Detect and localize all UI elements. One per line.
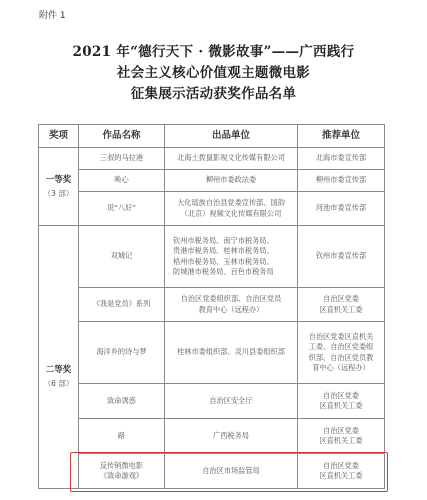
recommender: 自治区党委 区直机关工委	[298, 419, 385, 454]
award-count: （6 部）	[41, 377, 76, 390]
header-work-name: 作品名称	[79, 125, 165, 148]
recommender: 河池市委宣传部	[298, 192, 385, 226]
recommender-line: 育中心（远程办）	[300, 363, 382, 374]
recommender: 北海市委宣传部	[298, 148, 385, 170]
producer: 北海土拨鼠影视文化传媒有限公司	[165, 148, 298, 170]
header-recommender: 推荐单位	[298, 125, 385, 148]
recommender-line: 自治区党委区直机关	[300, 332, 382, 343]
producer: 自治区安全厅	[165, 384, 298, 419]
work-name: 双城记	[79, 226, 165, 288]
work-name: 唤心	[79, 170, 165, 192]
producer-line: 教育中心（远程办）	[167, 305, 295, 316]
recommender-line: 织部、自治区党员教	[300, 353, 382, 364]
work-name: 反传销微电影 《致命游戏》	[79, 454, 165, 489]
recommender-line: 自治区党委	[300, 391, 382, 402]
producer-line: 大化瑶族自治县党委宣传部、国韵	[167, 198, 295, 209]
recommender-line: 区直机关工委	[300, 471, 382, 482]
award-cell-first: 一等奖 （3 部）	[39, 148, 79, 226]
table-row: 唤心 柳州市委政法委 柳州市委宣传部	[39, 170, 385, 192]
recommender-line: 区直机关工委	[300, 305, 382, 316]
award-name: 二等奖	[41, 364, 76, 377]
table-row: 致命诱惑 自治区安全厅 自治区党委 区直机关工委	[39, 384, 385, 419]
producer: 广西税务局	[165, 419, 298, 454]
recommender-line: 自治区党委	[300, 426, 382, 437]
producer: 自治区市场监管局	[165, 454, 298, 489]
producer: 大化瑶族自治县党委宣传部、国韵 （北京）视频文化传媒有限公司	[165, 192, 298, 226]
recommender-line: 区直机关工委	[300, 401, 382, 412]
title-line-3: 征集展示活动获奖作品名单	[0, 84, 427, 105]
table-row: 说“八好” 大化瑶族自治县党委宣传部、国韵 （北京）视频文化传媒有限公司 河池市…	[39, 192, 385, 226]
header-producer: 出品单位	[165, 125, 298, 148]
producer: 柳州市委政法委	[165, 170, 298, 192]
title-line-2: 社会主义核心价值观主题微电影	[0, 63, 427, 84]
work-name: 《我是党员》系列	[79, 288, 165, 322]
work-name: 致命诱惑	[79, 384, 165, 419]
annex-label: 附件 1	[39, 8, 66, 21]
work-name: 说“八好”	[79, 192, 165, 226]
table-row: 二等奖 （6 部） 双城记 钦州市税务局、南宁市税务局、 贵港市税务局、桂林市税…	[39, 226, 385, 288]
recommender-line: 区直机关工委	[300, 436, 382, 447]
awards-table: 奖项 作品名称 出品单位 推荐单位 一等奖 （3 部） 三叔的马拉港 北海土拨鼠…	[38, 124, 385, 489]
producer-line: 钦州市税务局、南宁市税务局、	[173, 236, 295, 247]
table-row: 一等奖 （3 部） 三叔的马拉港 北海土拨鼠影视文化传媒有限公司 北海市委宣传部	[39, 148, 385, 170]
work-line: 《致命游戏》	[81, 471, 162, 482]
recommender: 自治区党委 区直机关工委	[298, 454, 385, 489]
award-cell-second: 二等奖 （6 部）	[39, 226, 79, 489]
recommender: 自治区党委 区直机关工委	[298, 288, 385, 322]
producer-line: 防城港市税务局、百色市税务局	[173, 267, 295, 278]
producer-line: （北京）视频文化传媒有限公司	[167, 209, 295, 220]
producer-line: 贵港市税务局、桂林市税务局、	[173, 246, 295, 257]
work-name: 海洋乡的诗与梦	[79, 322, 165, 384]
recommender-line: 自治区党委	[300, 461, 382, 472]
producer-line: 自治区党委组织部、自治区党员	[167, 294, 295, 305]
producer: 钦州市税务局、南宁市税务局、 贵港市税务局、桂林市税务局、 梧州市税务局、玉林市…	[165, 226, 298, 288]
producer: 自治区党委组织部、自治区党员 教育中心（远程办）	[165, 288, 298, 322]
table-header-row: 奖项 作品名称 出品单位 推荐单位	[39, 125, 385, 148]
table-row: 海洋乡的诗与梦 桂林市委组织部、灵川县委组织部 自治区党委区直机关 工委、自治区…	[39, 322, 385, 384]
table-row: 《我是党员》系列 自治区党委组织部、自治区党员 教育中心（远程办） 自治区党委 …	[39, 288, 385, 322]
recommender: 钦州市委宣传部	[298, 226, 385, 288]
award-name: 一等奖	[41, 174, 76, 187]
document-title: 2021 年“德行天下 · 微影故事”——广西践行 社会主义核心价值观主题微电影…	[0, 42, 427, 105]
table-row: 路 广西税务局 自治区党委 区直机关工委	[39, 419, 385, 454]
work-name: 三叔的马拉港	[79, 148, 165, 170]
recommender-line: 工委、自治区党委组	[300, 342, 382, 353]
recommender-line: 自治区党委	[300, 294, 382, 305]
recommender: 自治区党委区直机关 工委、自治区党委组 织部、自治区党员教 育中心（远程办）	[298, 322, 385, 384]
award-count: （3 部）	[41, 187, 76, 200]
work-line: 反传销微电影	[81, 461, 162, 472]
title-line-1: 2021 年“德行天下 · 微影故事”——广西践行	[0, 42, 427, 63]
header-award: 奖项	[39, 125, 79, 148]
recommender: 柳州市委宣传部	[298, 170, 385, 192]
work-name: 路	[79, 419, 165, 454]
producer: 桂林市委组织部、灵川县委组织部	[165, 322, 298, 384]
recommender: 自治区党委 区直机关工委	[298, 384, 385, 419]
producer-line: 梧州市税务局、玉林市税务局、	[173, 257, 295, 268]
table-row-highlighted: 反传销微电影 《致命游戏》 自治区市场监管局 自治区党委 区直机关工委	[39, 454, 385, 489]
